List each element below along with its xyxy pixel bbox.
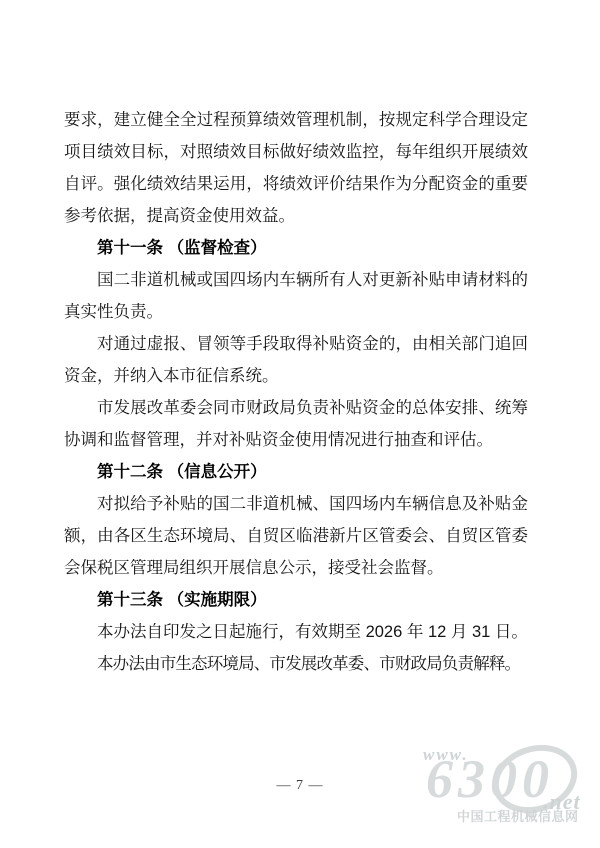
- document-paragraph: 要求，建立健全全过程预算绩效管理机制，按规定科学合理设定项目绩效目标，对照绩效目…: [64, 104, 528, 232]
- document-paragraph: 国二非道机械或国四场内车辆所有人对更新补贴申请材料的真实性负责。: [64, 264, 528, 328]
- page-number: — 7 —: [0, 776, 600, 796]
- article-heading: 第十二条 （信息公开）: [64, 456, 528, 488]
- document-paragraph: 本办法由市生态环境局、市发展改革委、市财政局负责解释。: [64, 648, 528, 680]
- watermark-www-text: www.: [423, 745, 469, 765]
- document-paragraph: 对通过虚报、冒领等手段取得补贴资金的，由相关部门追回资金，并纳入本市征信系统。: [64, 328, 528, 392]
- document-body: 要求，建立健全全过程预算绩效管理机制，按规定科学合理设定项目绩效目标，对照绩效目…: [64, 104, 528, 680]
- document-paragraph: 对拟给予补贴的国二非道机械、国四场内车辆信息及补贴金额，由各区生态环境局、自贸区…: [64, 488, 528, 584]
- document-page: 要求，建立健全全过程预算绩效管理机制，按规定科学合理设定项目绩效目标，对照绩效目…: [0, 0, 600, 848]
- article-heading: 第十一条 （监督检查）: [64, 232, 528, 264]
- watermark-site-caption: 中国工程机械信息网: [457, 808, 579, 826]
- document-paragraph: 本办法自印发之日起施行，有效期至 2026 年 12 月 31 日。: [64, 616, 528, 648]
- document-paragraph: 市发展改革委会同市财政局负责补贴资金的总体安排、统筹协调和监督管理，并对补贴资金…: [64, 392, 528, 456]
- article-heading: 第十三条 （实施期限）: [64, 584, 528, 616]
